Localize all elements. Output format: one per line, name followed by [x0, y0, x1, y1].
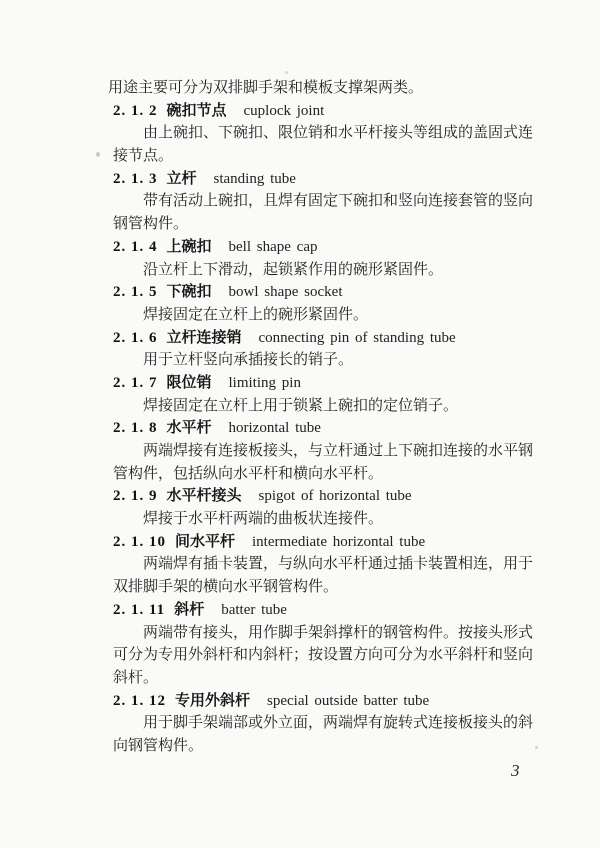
scan-speck — [96, 152, 100, 157]
definition-line: 带有活动上碗扣，且焊有固定下碗扣和竖向连接套管的竖向 — [113, 190, 530, 213]
term-number: 2. 1. 8 — [113, 420, 158, 436]
term-heading: 2. 1. 5下碗扣bowl shape socket — [113, 281, 530, 304]
term-number: 2. 1. 9 — [113, 488, 158, 504]
term-number: 2. 1. 3 — [113, 171, 158, 187]
term-name-en: bowl shape socket — [229, 284, 343, 300]
term-heading: 2. 1. 10间水平杆intermediate horizontal tube — [113, 531, 530, 554]
term-entry: 2. 1. 5下碗扣bowl shape socket 焊接固定在立杆上的碗形紧… — [113, 281, 530, 326]
definition-line: 焊接于水平杆两端的曲板状连接件。 — [113, 508, 530, 531]
definition-line: 管构件，包括纵向水平杆和横向水平杆。 — [113, 463, 530, 486]
term-name-en: special outside batter tube — [267, 693, 429, 709]
term-name-zh: 碗扣节点 — [167, 102, 227, 119]
intro-paragraph-line: 用途主要可分为双排脚手架和模板支撑架两类。 — [108, 77, 530, 100]
term-name-en: standing tube — [214, 171, 296, 187]
term-name-zh: 专用外斜杆 — [175, 692, 250, 709]
definition-line: 两端焊接有连接板接头，与立杆通过上下碗扣连接的水平钢 — [113, 440, 530, 463]
definition-line: 用于脚手架端部或外立面，两端焊有旋转式连接板接头的斜 — [113, 712, 530, 735]
definition-line: 钢管构件。 — [113, 213, 530, 236]
term-heading: 2. 1. 2碗扣节点cuplock joint — [113, 100, 530, 123]
term-name-zh: 水平杆 — [167, 419, 212, 436]
definition-line: 两端带有接头，用作脚手架斜撑杆的钢管构件。按接头形式 — [113, 622, 530, 645]
terms-section: 用途主要可分为双排脚手架和模板支撑架两类。 2. 1. 2碗扣节点cuplock… — [113, 77, 530, 758]
term-heading: 2. 1. 3立杆standing tube — [113, 168, 530, 191]
term-name-en: bell shape cap — [229, 239, 318, 255]
term-heading: 2. 1. 6立杆连接销connecting pin of standing t… — [113, 327, 530, 350]
definition-line: 向钢管构件。 — [113, 735, 530, 758]
term-number: 2. 1. 5 — [113, 284, 158, 300]
term-name-zh: 水平杆接头 — [167, 487, 242, 504]
term-number: 2. 1. 6 — [113, 330, 158, 346]
definition-line: 焊接固定在立杆上用于锁紧上碗扣的定位销子。 — [113, 395, 530, 418]
term-number: 2. 1. 12 — [113, 693, 166, 709]
term-entry: 2. 1. 8水平杆horizontal tube 两端焊接有连接板接头，与立杆… — [113, 417, 530, 485]
term-number: 2. 1. 2 — [113, 103, 158, 119]
term-heading: 2. 1. 9水平杆接头spigot of horizontal tube — [113, 485, 530, 508]
scan-speck — [285, 71, 288, 74]
term-name-zh: 间水平杆 — [175, 533, 235, 550]
term-entry: 2. 1. 10间水平杆intermediate horizontal tube… — [113, 531, 530, 599]
term-entry: 2. 1. 6立杆连接销connecting pin of standing t… — [113, 327, 530, 372]
term-name-en: horizontal tube — [229, 420, 321, 436]
term-name-en: cuplock joint — [244, 103, 325, 119]
page-number: 3 — [511, 761, 520, 781]
term-entry: 2. 1. 11斜杆batter tube 两端带有接头，用作脚手架斜撑杆的钢管… — [113, 599, 530, 690]
term-name-en: connecting pin of standing tube — [259, 330, 456, 346]
term-heading: 2. 1. 4上碗扣bell shape cap — [113, 236, 530, 259]
term-name-en: spigot of horizontal tube — [259, 488, 412, 504]
term-heading: 2. 1. 12专用外斜杆special outside batter tube — [113, 690, 530, 713]
term-name-en: intermediate horizontal tube — [252, 534, 425, 550]
term-number: 2. 1. 7 — [113, 375, 158, 391]
term-entry: 2. 1. 2碗扣节点cuplock joint 由上碗扣、下碗扣、限位销和水平… — [113, 100, 530, 168]
definition-line: 沿立杆上下滑动，起锁紧作用的碗形紧固件。 — [113, 259, 530, 282]
term-number: 2. 1. 11 — [113, 602, 165, 618]
term-name-zh: 立杆 — [167, 170, 197, 187]
definition-line: 焊接固定在立杆上的碗形紧固件。 — [113, 304, 530, 327]
term-entry: 2. 1. 9水平杆接头spigot of horizontal tube 焊接… — [113, 485, 530, 530]
term-entry: 2. 1. 12专用外斜杆special outside batter tube… — [113, 690, 530, 758]
term-number: 2. 1. 4 — [113, 239, 158, 255]
definition-line: 斜杆。 — [113, 667, 530, 690]
term-heading: 2. 1. 7限位销limiting pin — [113, 372, 530, 395]
definition-line: 由上碗扣、下碗扣、限位销和水平杆接头等组成的盖固式连 — [113, 122, 530, 145]
term-heading: 2. 1. 8水平杆horizontal tube — [113, 417, 530, 440]
definition-line: 用于立杆竖向承插接长的销子。 — [113, 349, 530, 372]
term-heading: 2. 1. 11斜杆batter tube — [113, 599, 530, 622]
definition-line: 可分为专用外斜杆和内斜杆；按设置方向可分为水平斜杆和竖向 — [113, 644, 530, 667]
term-entry: 2. 1. 7限位销limiting pin 焊接固定在立杆上用于锁紧上碗扣的定… — [113, 372, 530, 417]
scanned-document-page: 用途主要可分为双排脚手架和模板支撑架两类。 2. 1. 2碗扣节点cuplock… — [0, 0, 600, 848]
term-entry: 2. 1. 4上碗扣bell shape cap 沿立杆上下滑动，起锁紧作用的碗… — [113, 236, 530, 281]
term-name-zh: 斜杆 — [174, 601, 204, 618]
term-name-en: limiting pin — [229, 375, 301, 391]
scan-speck — [535, 746, 538, 749]
term-entry: 2. 1. 3立杆standing tube 带有活动上碗扣，且焊有固定下碗扣和… — [113, 168, 530, 236]
term-number: 2. 1. 10 — [113, 534, 166, 550]
term-name-zh: 限位销 — [167, 374, 212, 391]
definition-line: 两端焊有插卡装置，与纵向水平杆通过插卡装置相连，用于 — [113, 553, 530, 576]
definition-line: 双排脚手架的横向水平钢管构件。 — [113, 576, 530, 599]
definition-line: 接节点。 — [113, 145, 530, 168]
term-name-en: batter tube — [221, 602, 287, 618]
term-name-zh: 立杆连接销 — [167, 329, 242, 346]
term-name-zh: 下碗扣 — [167, 283, 212, 300]
term-name-zh: 上碗扣 — [167, 238, 212, 255]
